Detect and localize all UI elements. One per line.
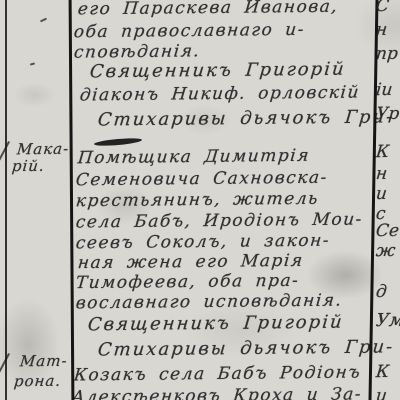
ink-smudge-stroke [94,137,142,147]
handwritten-line-priest: Священникъ Григорій [89,59,347,83]
margin-name-matrona-line1: Мат- [19,352,68,370]
handwritten-line: Семеновича Сахновска- [75,168,329,191]
handwritten-fragment: Се [375,221,400,241]
handwritten-line-clerk: Стихаривы дьячокъ Гри- [97,106,395,130]
handwritten-line: Алексѣенковъ Кроха и За- [71,384,363,400]
handwritten-fragment: и [375,184,388,204]
handwritten-line: сеевъ Соколъ, и закон- [75,231,331,254]
handwritten-fragment: С [375,0,390,16]
handwritten-fragment: ж [375,241,396,261]
handwritten-line: его Параскева Иванова, [77,0,339,19]
handwritten-line: села Бабъ, Иродіонъ Мои- [75,209,364,232]
ink-speck [30,62,35,65]
margin-name-makarij-line1: Мака- [16,140,70,159]
handwritten-fragment: д [375,282,388,302]
handwritten-line: вославнаго исповѣданія. [75,291,343,314]
handwritten-fragment: К [375,142,390,162]
margin-name-makarij-line2: рій. [11,157,46,175]
handwritten-fragment: н [375,164,388,184]
handwritten-fragment: Ум [375,310,400,331]
handwritten-line: Тимофеева, оба пра- [75,271,300,293]
handwritten-line: крестьянинъ, житель [75,189,320,212]
handwritten-fragment: іи [375,80,393,100]
handwritten-line-priest: Священникъ Григорій [87,312,345,336]
handwritten-fragment: К [375,362,390,382]
handwritten-line: Помѣщика Димитрія [77,146,311,168]
handwritten-fragment: пр [375,44,399,64]
margin-name-matrona-line2: рона. [13,372,62,390]
document-scan-page: Мака- рій. Мат- рона. его Параскева Иван… [0,0,400,400]
handwritten-line: Козакъ села Бабъ Родіонъ [73,362,362,385]
handwritten-line: діаконъ Никиф. орловскій [79,83,361,106]
handwritten-line: ная жена его Марія [77,251,305,273]
handwritten-fragment: и [375,386,388,400]
handwritten-fragment: н [375,20,388,40]
handwritten-fragment: Ур [375,104,400,124]
handwritten-line-clerk: Стихаривы дьячокъ Гри- [97,336,395,360]
handwritten-line: оба православнаго и- [73,20,306,42]
table-rule-left-edge [5,0,7,400]
ink-speck [40,18,47,23]
